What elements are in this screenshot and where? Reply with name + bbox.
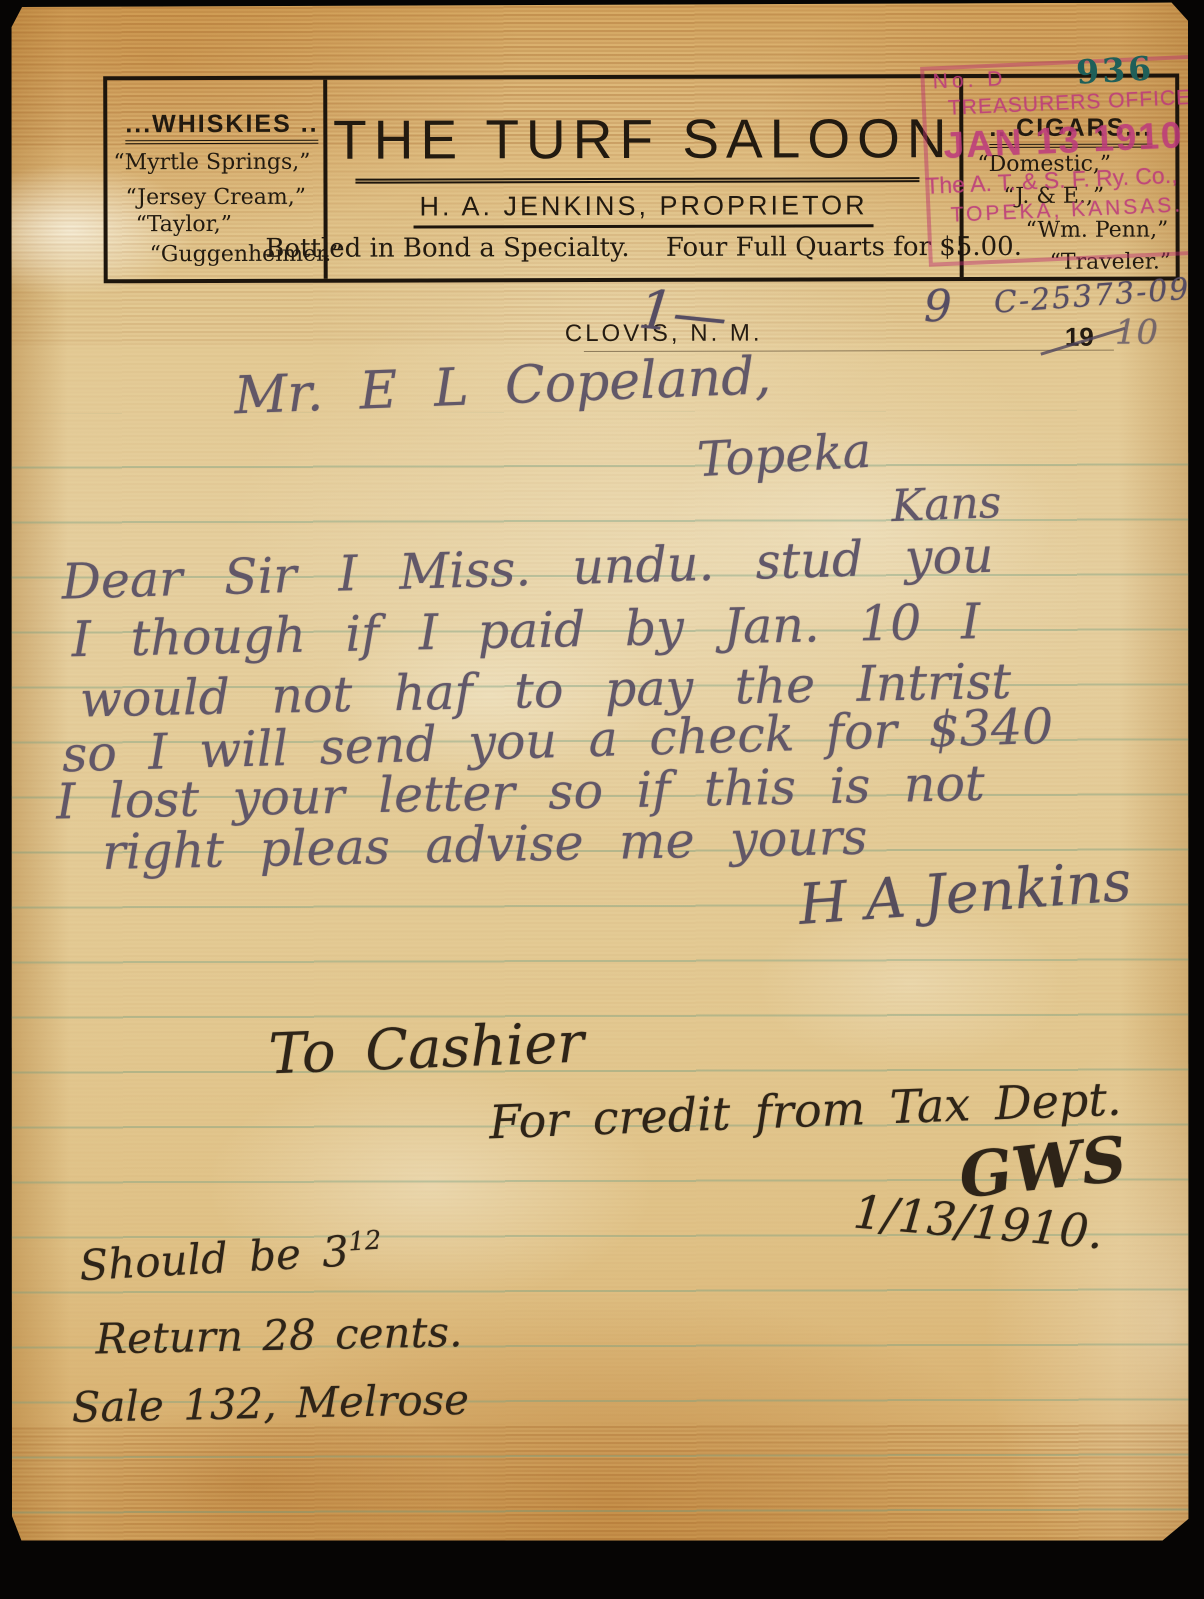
recipient-line: Mr. E L Copeland, (233, 346, 772, 426)
recipient-city: Topeka (696, 423, 873, 488)
stamp-city-line: TOPEKA, KANSAS. (950, 193, 1183, 227)
catalog-number: 936 (1075, 49, 1155, 92)
stamp-railway-line: The A. T. & S. F. Ry. Co., (925, 162, 1178, 200)
handwritten-day-left: 1— (636, 277, 730, 349)
whiskies-title: ...WHISKIES .. (125, 110, 318, 140)
title-rule (355, 177, 919, 183)
amount-note-text: Should be 3 (78, 1227, 350, 1291)
treasurers-office-stamp: No. D TREASURERS OFFICE JAN 13 1910 The … (920, 55, 1201, 267)
recipient-state: Kans (890, 477, 1002, 532)
saloon-title: THE TURF SALOON (333, 106, 954, 172)
return-note: Return 28 cents. (95, 1307, 463, 1363)
whiskies-item: “Taylor,” (136, 212, 232, 237)
whiskies-item: “Myrtle Springs,” (113, 150, 310, 176)
aged-paper: ...WHISKIES .. “Myrtle Springs,” “Jersey… (8, 2, 1192, 1543)
tagline: Bottled in Bond a Specialty. Four Full Q… (251, 232, 1036, 264)
whiskies-item: “Jersey Cream,” (125, 185, 306, 210)
handwritten-year: 10 (1115, 313, 1158, 353)
scanned-letter-page: ...WHISKIES .. “Myrtle Springs,” “Jersey… (0, 0, 1204, 1599)
letterhead-center: THE TURF SALOON H. A. JENKINS, PROPRIETO… (327, 78, 960, 279)
stamp-number-line: No. D (932, 67, 1007, 94)
sale-note: Sale 132, Melrose (71, 1375, 469, 1432)
handwritten-day-right: 9 (924, 281, 952, 332)
paper-streaks-bottom (12, 1422, 1192, 1550)
amount-note: Should be 312 (78, 1225, 383, 1291)
tagline-left: Bottled in Bond a Specialty. (265, 233, 629, 264)
stamp-date-line: JAN 13 1910 (943, 114, 1185, 167)
to-cashier-note: To Cashier (268, 1011, 586, 1088)
proprietor-line: H. A. JENKINS, PROPRIETOR (413, 190, 873, 228)
amount-note-cents: 12 (347, 1226, 382, 1258)
